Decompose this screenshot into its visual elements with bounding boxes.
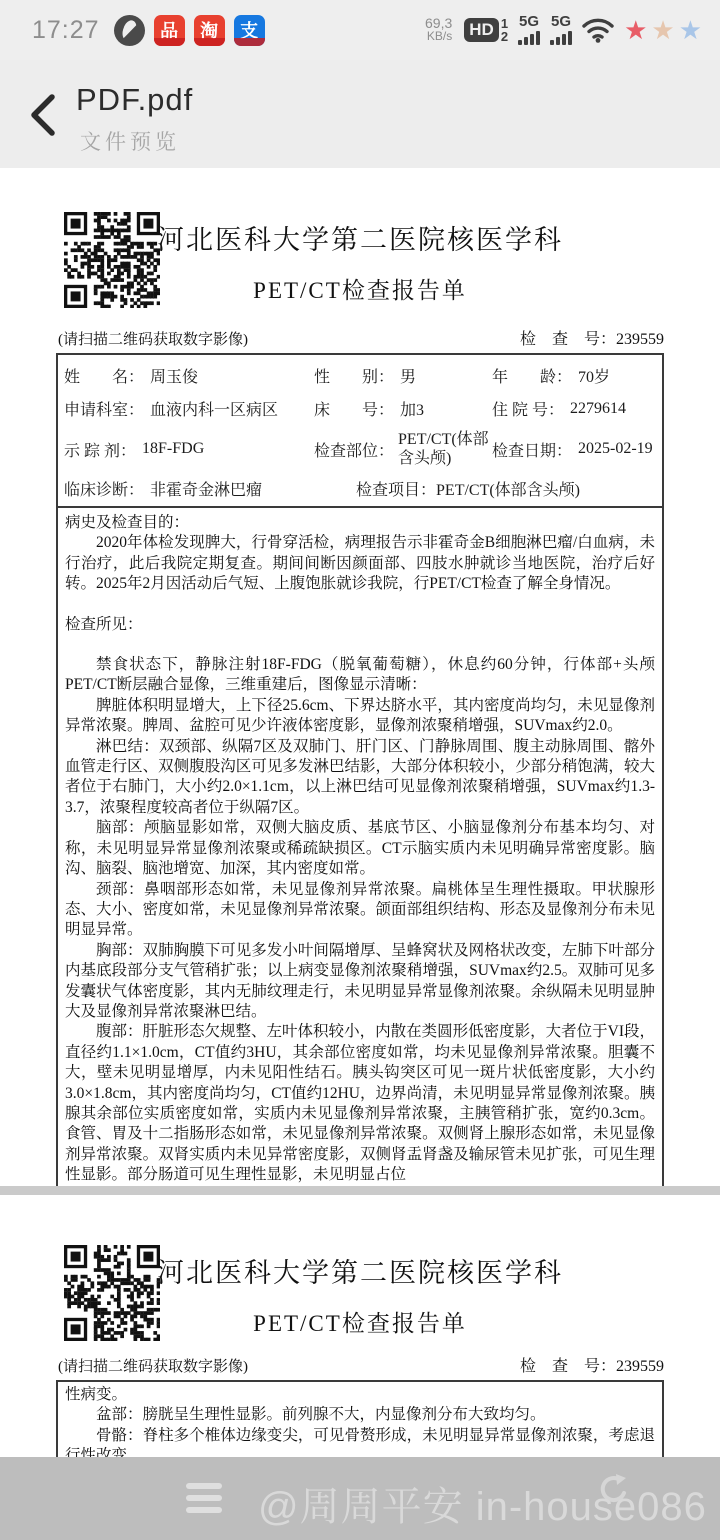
clock: 17:27 [32,16,100,45]
page-separator [0,1186,720,1195]
pelvis-finding: 盆部：膀胱呈生理性显影。前列腺不大，内显像剂分布大致均匀。 [65,1405,655,1425]
star-icon: ★ [651,17,674,43]
report-body: 姓 名：周玉俊 性 别：男 年 龄：70岁 申请科室：血液内科一区病区 床 号：… [56,353,664,1194]
exam-item: PET/CT(体部含头颅) [436,477,580,500]
battery-stars-icon: ★★★ [624,17,702,43]
file-preview-header: PDF.pdf 文件预览 [0,60,720,168]
exam-number: 检 查 号：239559 [520,1353,664,1376]
patient-gender: 男 [400,364,416,387]
star-icon: ★ [624,17,647,43]
status-bar: 17:27 品 淘 支 69,3 KB/s HD 1 2 5G [0,0,720,60]
exam-site: PET/CT(体部含头颅) [398,430,492,468]
file-title: PDF.pdf [76,82,193,118]
menu-icon[interactable] [186,1483,222,1513]
finding-paragraph: 腹部：肝脏形态欠规整、左叶体积较小，内散在类圆形低密度影，大者位于VI段，直径约… [65,1022,655,1185]
app-banner [234,38,265,46]
bed-no: 加3 [400,397,424,420]
scan-hint: (请扫描二维码获取数字影像) [58,1355,248,1376]
pin-app-icon: 品 [154,15,185,46]
tracer: 18F-FDG [142,440,204,458]
star-icon: ★ [679,17,702,43]
admission-no: 2279614 [570,400,626,418]
file-preview-label: 文件预览 [80,126,180,156]
hospital-name: 河北医科大学第二医院核医学科 [0,218,720,257]
finding-paragraph: 颈部：鼻咽部形态如常，未见显像剂异常浓聚。扁桃体呈生理性摄取。甲状腺形态、大小、… [65,880,655,941]
bottom-overlay-bar: @周周平安 in-house086 [0,1457,720,1540]
wifi-icon [582,17,614,43]
curved-arrow-icon [596,1471,630,1505]
finding-paragraph: 脑部：颅脑显影如常，双侧大脑皮质、基底节区、小脑显像剂分布基本均匀、对称，未见明… [65,818,655,879]
table-row: 姓 名：周玉俊 性 别：男 年 龄：70岁 [64,359,662,392]
request-dept: 血液内科一区病区 [150,397,278,420]
report-header: 河北医科大学第二医院核医学科 PET/CT检查报告单 [0,168,720,326]
pdf-page-1[interactable]: 河北医科大学第二医院核医学科 PET/CT检查报告单 (请扫描二维码获取数字影像… [0,168,720,1186]
continuation-line: 性病变。 [65,1385,655,1405]
app-banner [194,38,225,46]
exam-date: 2025-02-19 [578,440,653,458]
volte-hd-icon: HD 1 2 [464,17,508,43]
signal-sim1-icon: 5G [518,15,540,45]
findings-paragraphs: 禁食状态下，静脉注射18F-FDG（脱氧葡萄糖），休息约60分钟，行体部+头颅P… [65,655,655,1186]
back-button[interactable] [26,92,60,138]
finding-paragraph: 淋巴结：双颈部、纵隔7区及双肺门、肝门区、门静脉周围、腹主动脉周围、髂外血管走行… [65,737,655,819]
table-row: 临床诊断：非霍奇金淋巴瘤 检查项目：PET/CT(体部含头颅) [64,473,662,504]
report-title: PET/CT检查报告单 [0,272,720,305]
history-body: 2020年体检发现脾大，行骨穿活检，病理报告示非霍奇金B细胞淋巴瘤/白血病，未行… [65,533,655,594]
report-header: 河北医科大学第二医院核医学科 PET/CT检查报告单 [0,1195,720,1353]
alipay-app-icon: 支 [234,15,265,46]
patient-name: 周玉俊 [150,364,198,387]
table-row: 示 踪 剂：18F-FDG 检查部位：PET/CT(体部含头颅) 检查日期：20… [64,425,662,473]
exam-number: 检 查 号：239559 [520,326,664,349]
table-row: 申请科室：血液内科一区病区 床 号：加3 住 院 号：2279614 [64,392,662,425]
history-title: 病史及检查目的： [65,513,655,533]
findings-title: 检查所见： [65,615,655,635]
swirl-app-icon [114,15,145,46]
report-title: PET/CT检查报告单 [0,1305,720,1338]
taobao-app-icon: 淘 [194,15,225,46]
app-banner [154,38,185,46]
notification-app-icons: 品 淘 支 [114,15,265,46]
watermark-text: @周周平安 in-house086 [258,1475,707,1532]
finding-paragraph: 禁食状态下，静脉注射18F-FDG（脱氧葡萄糖），休息约60分钟，行体部+头颅P… [65,655,655,696]
findings-section: 病史及检查目的： 2020年体检发现脾大，行骨穿活检，病理报告示非霍奇金B细胞淋… [58,506,662,1192]
clinical-diagnosis: 非霍奇金淋巴瘤 [150,477,262,500]
finding-paragraph: 胸部：双肺胸膜下可见多发小叶间隔增厚、呈蜂窝状及网格状改变，左肺下叶部分内基底段… [65,941,655,1023]
hospital-name: 河北医科大学第二医院核医学科 [0,1251,720,1290]
patient-age: 70岁 [578,364,610,387]
network-speed: 69,3 KB/s [425,17,452,43]
patient-info-table: 姓 名：周玉俊 性 别：男 年 龄：70岁 申请科室：血液内科一区病区 床 号：… [58,355,662,506]
signal-sim2-icon: 5G [550,15,572,45]
finding-paragraph: 脾脏体积明显增大，上下径25.6cm、下界达脐水平，其内密度尚均匀，未见显像剂异… [65,696,655,737]
scan-hint: (请扫描二维码获取数字影像) [58,328,248,349]
